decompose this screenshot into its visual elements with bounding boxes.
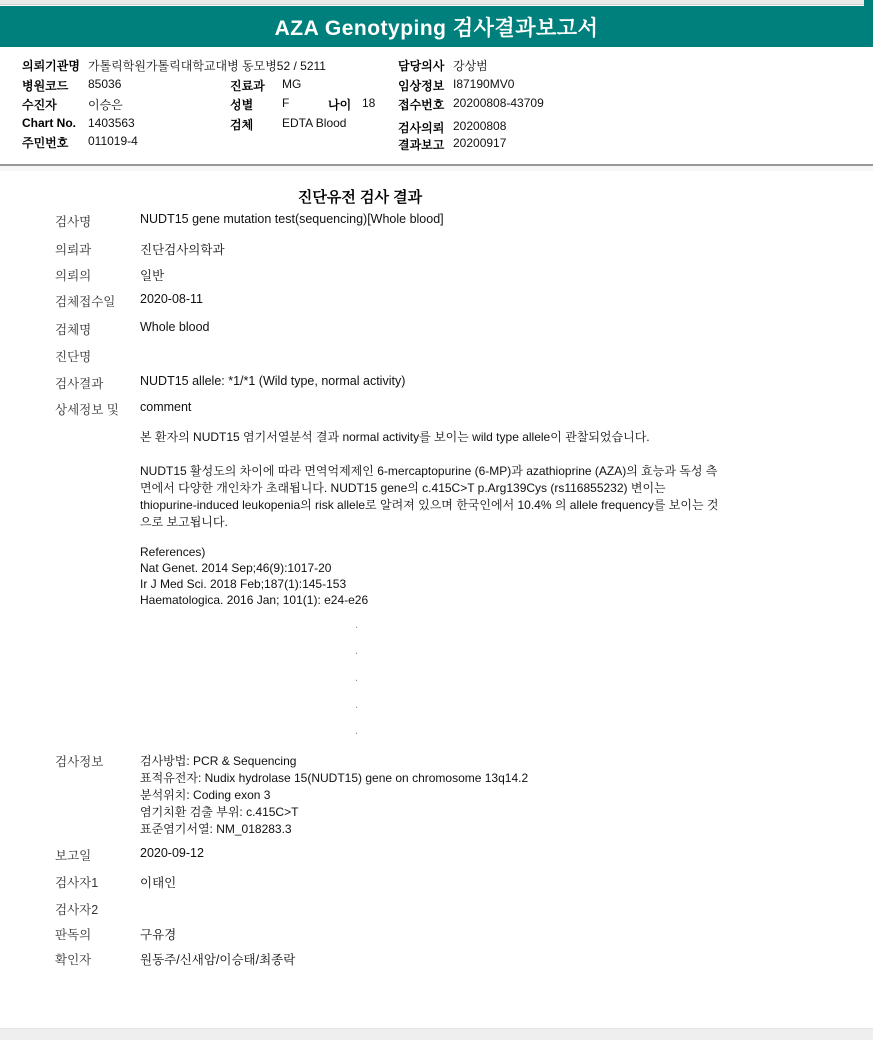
- report-title: AZA Genotyping 검사결과보고서: [275, 12, 599, 42]
- test-info-label: 검사정보: [55, 752, 103, 770]
- report-page: AZA Genotyping 검사결과보고서 의뢰기관명 가톨릭학원가톨릭대학교…: [0, 0, 873, 1040]
- received-date-label: 검체접수일: [55, 292, 115, 310]
- clinical-label: 임상정보: [398, 77, 444, 94]
- patient-value: 이승은: [88, 96, 123, 113]
- interpreter-label: 판독의: [55, 925, 91, 943]
- req-dept-value: 진단검사의학과: [140, 240, 225, 258]
- report-title-bar: AZA Genotyping 검사결과보고서: [0, 6, 873, 47]
- test-info-line: 염기치환 검출 부위: c.415C>T: [140, 803, 298, 820]
- sex-label: 성별: [230, 96, 253, 113]
- accession-value: 20200808-43709: [453, 96, 544, 110]
- specimen-name-label: 검체명: [55, 320, 91, 338]
- sex-value: F: [282, 96, 289, 110]
- resident-no-value: 011019-4: [88, 134, 138, 148]
- org-value: 가톨릭학원가톨릭대학교대병 동모병52 / 5211: [88, 57, 326, 74]
- reported-label: 결과보고: [398, 136, 444, 153]
- test-info-line: 표적유전자: Nudix hydrolase 15(NUDT15) gene o…: [140, 769, 528, 786]
- result-label: 검사결과: [55, 374, 103, 392]
- patient-label: 수진자: [22, 96, 57, 113]
- received-date-value: 2020-08-11: [140, 292, 203, 306]
- placeholder-dot: .: [355, 699, 358, 711]
- dept-value: MG: [282, 77, 301, 91]
- test-info-line: 검사방법: PCR & Sequencing: [140, 752, 296, 769]
- bottom-bar: [0, 1028, 873, 1040]
- reference-line: Nat Genet. 2014 Sep;46(9):1017-20: [140, 561, 331, 575]
- test-info-line: 분석위치: Coding exon 3: [140, 786, 270, 803]
- clinical-value: I87190MV0: [453, 77, 514, 91]
- detail-value: comment: [140, 400, 191, 414]
- resident-no-label: 주민번호: [22, 134, 68, 151]
- placeholder-dot: .: [355, 672, 358, 684]
- comment-line: thiopurine-induced leukopenia의 risk alle…: [140, 496, 718, 513]
- req-doctor-value: 일반: [140, 266, 164, 284]
- req-doctor-label: 의뢰의: [55, 266, 91, 284]
- comment-line: 면에서 다양한 개인차가 초래됩니다. NUDT15 gene의 c.415C>…: [140, 479, 666, 496]
- org-label: 의뢰기관명: [22, 57, 80, 74]
- placeholder-dot: .: [355, 645, 358, 657]
- references-heading: References): [140, 545, 205, 559]
- dept-label: 진료과: [230, 77, 265, 94]
- detail-label: 상세정보 및: [55, 400, 119, 418]
- chart-no-label: Chart No.: [22, 116, 76, 130]
- placeholder-dot: .: [355, 725, 358, 737]
- specimen-name-value: Whole blood: [140, 320, 210, 334]
- hosp-code-label: 병원코드: [22, 77, 68, 94]
- top-strip: [0, 0, 873, 5]
- specimen-label: 검체: [230, 116, 253, 133]
- examiner1-label: 검사자1: [55, 873, 98, 891]
- confirmers-label: 확인자: [55, 950, 91, 968]
- specimen-value: EDTA Blood: [282, 116, 346, 130]
- comment-line: 으로 보고됩니다.: [140, 513, 228, 530]
- test-info-line: 표준염기서열: NM_018283.3: [140, 820, 292, 837]
- interpreter-value: 구유경: [140, 925, 176, 943]
- doctor-value: 강상범: [453, 57, 488, 74]
- section-title: 진단유전 검사 결과: [0, 186, 720, 207]
- result-value: NUDT15 allele: *1/*1 (Wild type, normal …: [140, 374, 405, 388]
- test-name-label: 검사명: [55, 212, 91, 230]
- ordered-value: 20200808: [453, 119, 506, 133]
- comment-paragraph-1: 본 환자의 NUDT15 염기서열분석 결과 normal activity를 …: [140, 428, 650, 445]
- doctor-label: 담당의사: [398, 57, 444, 74]
- header-divider-shade: [0, 166, 873, 171]
- age-label: 나이: [328, 96, 351, 113]
- accession-label: 접수번호: [398, 96, 444, 113]
- examiner1-value: 이태인: [140, 873, 176, 891]
- chart-no-value: 1403563: [88, 116, 135, 130]
- comment-line: NUDT15 활성도의 차이에 따라 면역억제제인 6-mercaptopuri…: [140, 462, 717, 479]
- report-date-value: 2020-09-12: [140, 846, 204, 860]
- age-value: 18: [362, 96, 375, 110]
- diagnosis-label: 진단명: [55, 347, 91, 365]
- test-name-value: NUDT15 gene mutation test(sequencing)[Wh…: [140, 212, 444, 226]
- report-date-label: 보고일: [55, 846, 91, 864]
- reference-line: Haematologica. 2016 Jan; 101(1): e24-e26: [140, 593, 368, 607]
- req-dept-label: 의뢰과: [55, 240, 91, 258]
- reference-line: Ir J Med Sci. 2018 Feb;187(1):145-153: [140, 577, 346, 591]
- placeholder-dot: .: [355, 619, 358, 631]
- examiner2-label: 검사자2: [55, 900, 98, 918]
- hosp-code-value: 85036: [88, 77, 121, 91]
- reported-value: 20200917: [453, 136, 506, 150]
- confirmers-value: 원동주/신새암/이승태/최종락: [140, 950, 295, 968]
- ordered-label: 검사의뢰: [398, 119, 444, 136]
